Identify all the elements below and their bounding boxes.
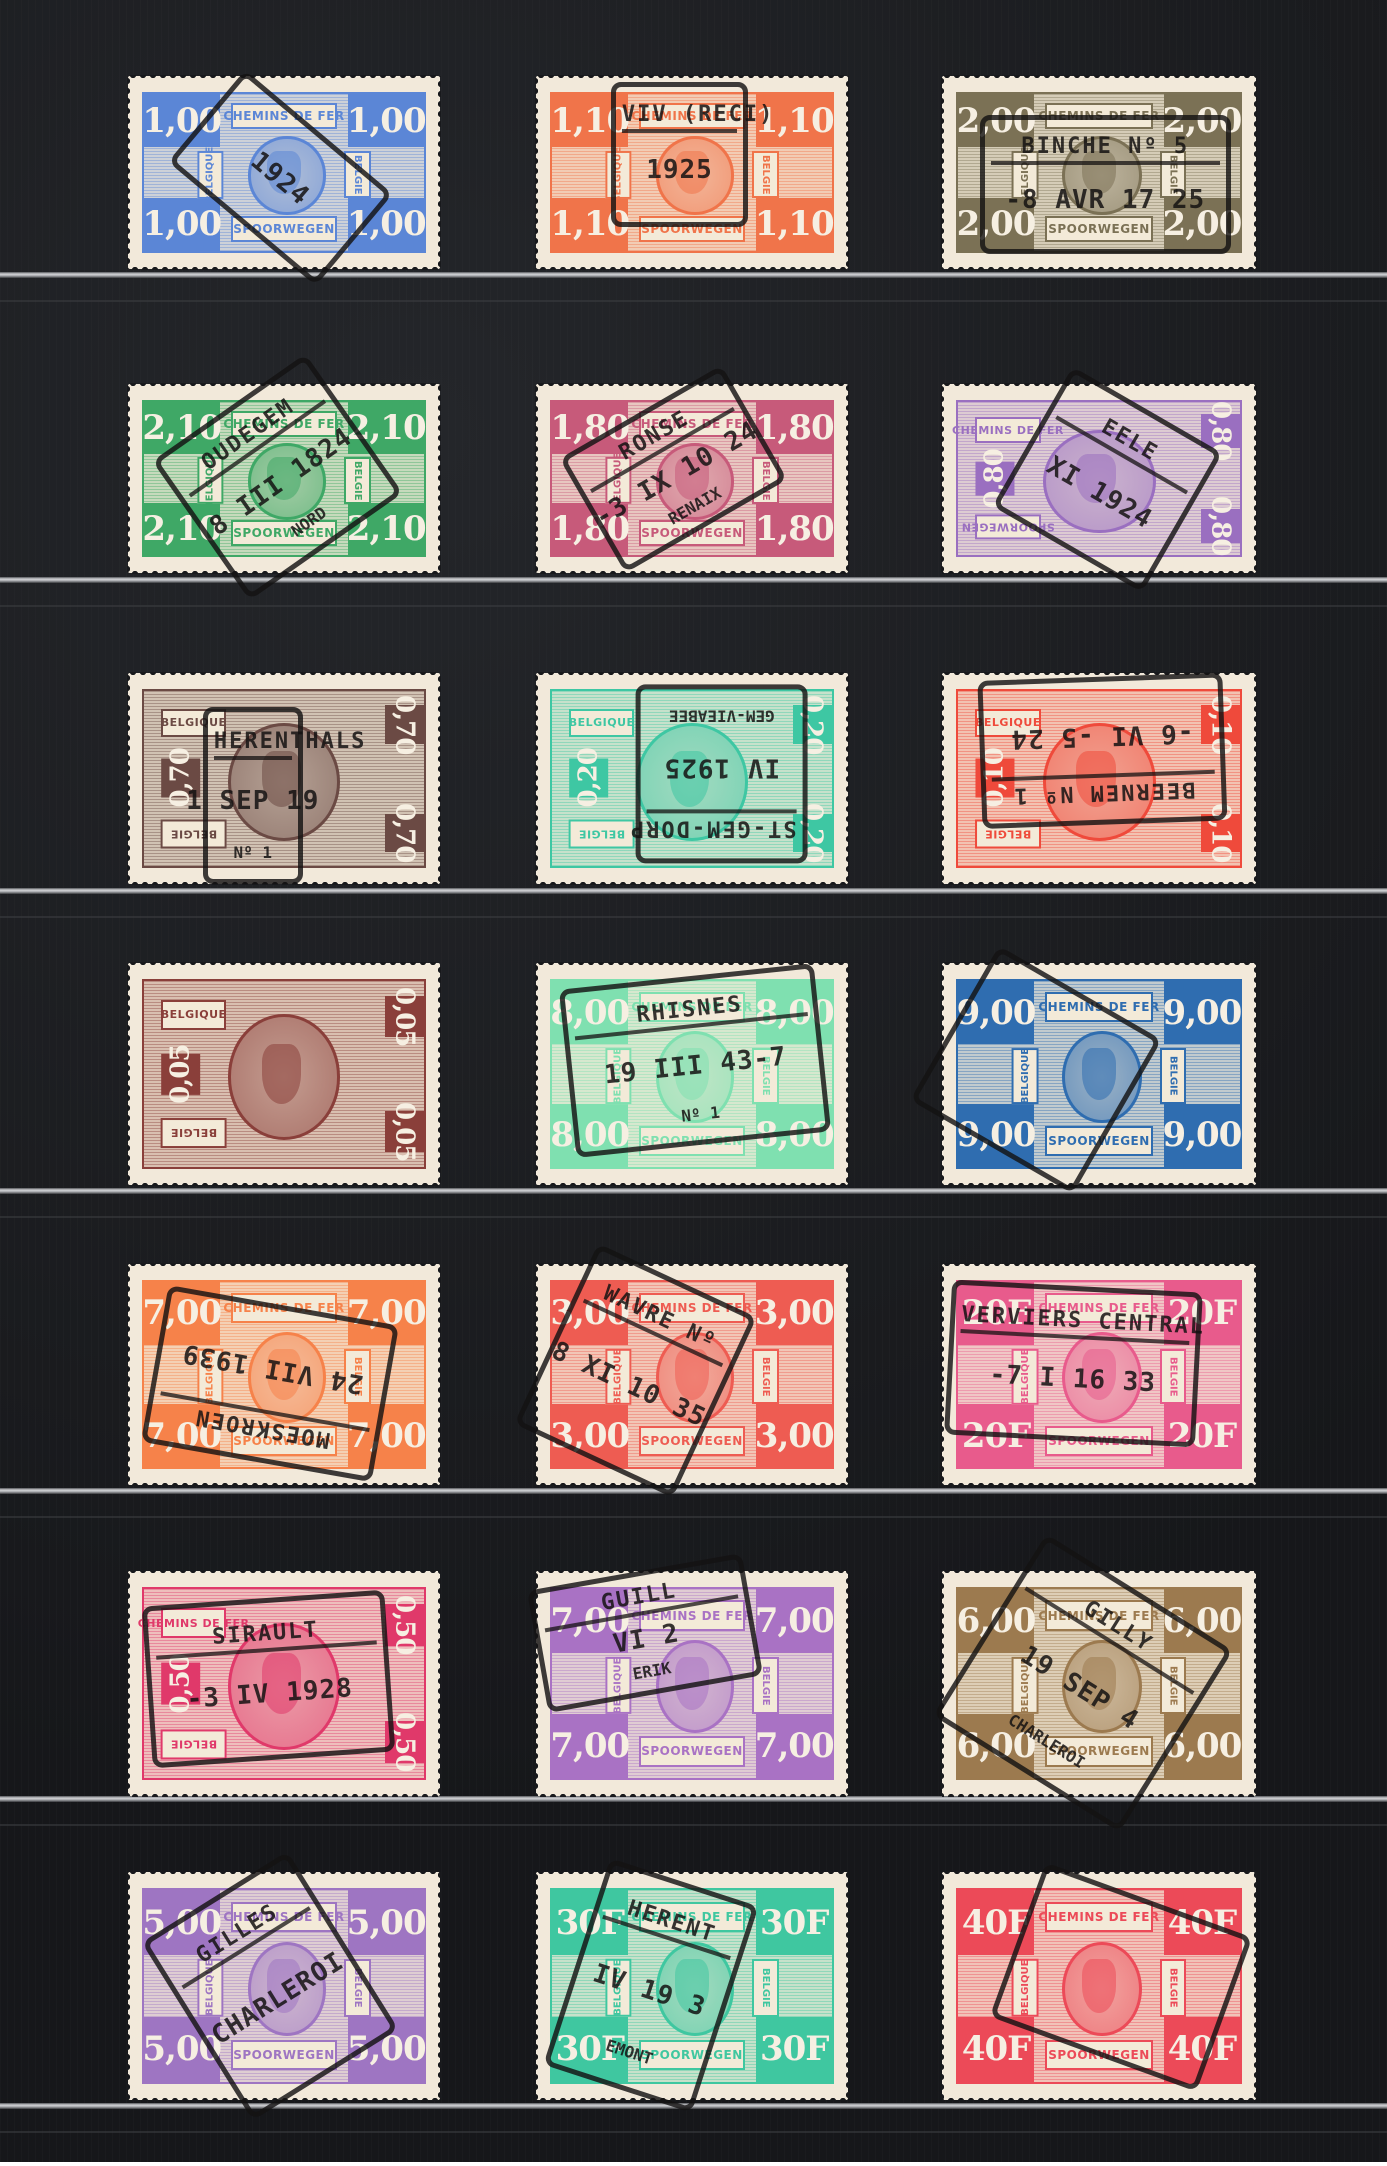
value-box: 1,00 (144, 198, 220, 251)
perforation-left (127, 673, 133, 884)
stamp-footer: SPOORWEGEN (639, 1736, 745, 1766)
value-box: 30F (756, 2017, 832, 2082)
stock-page: 1,001,001,001,00CHEMINS DE FERSPOORWEGEN… (0, 0, 1387, 2162)
stamp[interactable]: 8,008,008,008,00CHEMINS DE FERSPOORWEGEN… (536, 963, 848, 1185)
postmark-station: SIRAULT (154, 1613, 377, 1659)
perforation-left (941, 384, 947, 573)
postmark-sub: CHARLEROI (1005, 1710, 1089, 1772)
stamp[interactable]: 0,700,700,700,70BELGIQUEBELGIEHERENTHALS… (128, 673, 440, 884)
value-box: 9,00 (1164, 1104, 1240, 1167)
value-box: 1,00 (348, 94, 424, 147)
stamp[interactable]: 0,200,200,200,20BELGIQUEBELGIEST-GEM-DOR… (536, 673, 848, 884)
postmark-station: VIV (RECI) (622, 102, 737, 133)
stamp[interactable]: 6,006,006,006,00CHEMINS DE FERSPOORWEGEN… (942, 1571, 1256, 1796)
strip-edge (0, 1488, 1387, 1494)
strip-edge (0, 1188, 1387, 1194)
perforation-left (535, 76, 541, 269)
value-box: 3,00 (756, 1282, 832, 1345)
postmark-sub: Nº 1 (234, 843, 273, 862)
perforation-left (941, 1264, 947, 1485)
stamp[interactable]: 2,102,102,102,10CHEMINS DE FERSPOORWEGEN… (128, 384, 440, 573)
postmark-station: BINCHE Nº 5 (991, 134, 1220, 165)
perforation-left (535, 963, 541, 1185)
perforation-left (941, 1872, 947, 2100)
perforation-left (535, 1872, 541, 2100)
postmark-date: IV 1925 (663, 752, 780, 782)
perforation-right (843, 963, 849, 1185)
perforation-right (435, 1264, 441, 1485)
postmark-date: IV 19 3 (590, 1958, 710, 2023)
strip-crease (0, 1516, 1387, 1518)
postmark-station: HERENT (603, 1889, 740, 1960)
perforation-right (435, 1571, 441, 1796)
stamp[interactable]: 0,050,050,050,05BELGIQUEBELGIE (128, 963, 440, 1185)
stamp-footer: BELGIE (161, 1118, 227, 1148)
postmark-sub: ERIK (631, 1659, 672, 1684)
postmark-station: BEERNEM Nº 1 (992, 770, 1216, 809)
side-label-right: BELGIE (752, 1349, 778, 1405)
strip-crease (0, 1216, 1387, 1218)
postmark-station: RHISNES (572, 985, 808, 1040)
perforation-right (435, 384, 441, 573)
postmark: RHISNES19 III 43-7Nº 1 (559, 963, 831, 1158)
value-box: 1,10 (756, 198, 832, 251)
postmark: HERENTHALS1 SEP 19Nº 1 (203, 707, 303, 884)
side-label-right: BELGIE (752, 151, 778, 199)
strip-edge (0, 577, 1387, 583)
perforation-left (941, 673, 947, 884)
value-box: 7,00 (756, 1714, 832, 1778)
value-box: 7,00 (552, 1714, 628, 1778)
lion-crest-icon (262, 1044, 301, 1104)
perforation-right (843, 76, 849, 269)
postmark: VERVIERS CENTRAL-7 I 16 33 (944, 1280, 1203, 1448)
postmark: VIV (RECI)1925 (611, 82, 748, 227)
postmark-station: HERENTHALS (214, 729, 292, 760)
value-box: 5,00 (348, 1890, 424, 1955)
stamp[interactable]: 40F40F40F40FCHEMINS DE FERSPOORWEGENBELG… (942, 1872, 1256, 2100)
value-box: 30F (756, 1890, 832, 1955)
value-box: 0,20 (569, 759, 608, 798)
postmark-station: MOESKROEN (156, 1391, 370, 1458)
postmark-date: 1924 (245, 146, 315, 212)
perforation-right (435, 76, 441, 269)
perforation-left (535, 384, 541, 573)
perforation-right (1251, 76, 1257, 269)
stamp[interactable]: 1,101,101,101,10CHEMINS DE FERSPOORWEGEN… (536, 76, 848, 269)
stamp-frame: 0,050,050,050,05BELGIQUEBELGIE (142, 979, 426, 1169)
stamp[interactable]: 1,001,001,001,00CHEMINS DE FERSPOORWEGEN… (128, 76, 440, 269)
stamp[interactable]: 20F20F20F20FCHEMINS DE FERSPOORWEGENBELG… (942, 1264, 1256, 1485)
value-box: 0,05 (385, 1111, 424, 1152)
postmark: BEERNEM Nº 1-6 VI -5 24 (977, 673, 1227, 829)
perforation-right (843, 384, 849, 573)
strip-crease (0, 605, 1387, 607)
stamp[interactable]: 3,003,003,003,00CHEMINS DE FERSPOORWEGEN… (536, 1264, 848, 1485)
value-box: 1,80 (756, 503, 832, 555)
perforation-right (1251, 1571, 1257, 1796)
perforation-right (435, 1872, 441, 2100)
stamp-header: BELGIQUE (161, 1000, 227, 1030)
perforation-left (941, 76, 947, 269)
postmark-station: VERVIERS CENTRAL (961, 1302, 1191, 1345)
postmark: ST-GEM-DORPIV 1925GEM-VIEABEE (636, 684, 808, 863)
perforation-right (435, 963, 441, 1185)
perforation-right (1251, 963, 1257, 1185)
strip-crease (0, 916, 1387, 918)
stamp[interactable]: 2,002,002,002,00CHEMINS DE FERSPOORWEGEN… (942, 76, 1256, 269)
stamp[interactable]: 0,500,500,500,50CHEMINS DE FERBELGIESIRA… (128, 1571, 440, 1796)
postmark-date: 19 III 43-7 (603, 1042, 788, 1091)
postmark-date: 24 VII 1939 (180, 1337, 366, 1398)
value-box: 0,05 (161, 1054, 200, 1095)
side-label-right: BELGIE (752, 1959, 778, 2017)
stamp[interactable]: 30F30F30F30FCHEMINS DE FERSPOORWEGENBELG… (536, 1872, 848, 2100)
perforation-right (1251, 1872, 1257, 2100)
value-box: 3,00 (756, 1404, 832, 1467)
stamp[interactable]: 9,009,009,009,00CHEMINS DE FERSPOORWEGEN… (942, 963, 1256, 1185)
postmark-date: 19 SEP 4 (1016, 1639, 1145, 1735)
value-box: 0,70 (385, 814, 424, 853)
perforation-left (127, 1872, 133, 2100)
postmark: BINCHE Nº 5-8 AVR 17 25 (980, 115, 1231, 254)
postmark-date: -7 I 16 33 (989, 1360, 1157, 1399)
postmark-date: CHARLEROI (207, 1947, 350, 2052)
postmark-date: VI 2 (611, 1618, 682, 1659)
perforation-left (127, 384, 133, 573)
postmark-station: ST-GEM-DORP (647, 809, 797, 840)
perforation-right (1251, 384, 1257, 573)
postmark-sub: GEM-VIEABEE (669, 706, 775, 725)
postmark-date: -8 AVR 17 25 (1005, 185, 1205, 215)
postmark-date: 1925 (646, 155, 713, 185)
value-box: 7,00 (756, 1589, 832, 1653)
stamp-header: BELGIQUE (569, 709, 635, 738)
postmark-date: 1 SEP 19 (186, 786, 319, 816)
perforation-right (843, 673, 849, 884)
perforation-right (843, 1264, 849, 1485)
stamp-footer: BELGIE (569, 820, 635, 849)
perforation-right (1251, 1264, 1257, 1485)
perforation-right (843, 1872, 849, 2100)
value-box: 0,05 (385, 996, 424, 1037)
value-box: 0,50 (385, 1604, 424, 1646)
perforation-right (1251, 673, 1257, 884)
perforation-right (843, 1571, 849, 1796)
perforation-left (535, 673, 541, 884)
stamp[interactable]: 0,100,100,100,10BELGIQUEBELGIEBEERNEM Nº… (942, 673, 1256, 884)
strip-crease (0, 2131, 1387, 2133)
perforation-left (127, 1264, 133, 1485)
perforation-left (127, 76, 133, 269)
stamp[interactable]: 7,007,007,007,00CHEMINS DE FERSPOORWEGEN… (536, 1571, 848, 1796)
stamp[interactable]: 5,005,005,005,00CHEMINS DE FERSPOORWEGEN… (128, 1872, 440, 2100)
strip-edge (0, 272, 1387, 278)
perforation-left (127, 1571, 133, 1796)
side-label-right: BELGIE (1160, 1048, 1187, 1104)
postmark-sub: Nº 1 (681, 1103, 721, 1126)
value-box: 9,00 (1164, 981, 1240, 1044)
stamp[interactable]: 0,800,800,800,80CHEMINS DE FERSPOORWEGEN… (942, 384, 1256, 573)
perforation-right (435, 673, 441, 884)
postmark-sub: NORD (288, 502, 330, 540)
strip-crease (0, 300, 1387, 302)
value-box: 0,80 (1201, 509, 1240, 543)
postmark-date: -6 VI -5 24 (1010, 717, 1194, 753)
postmark: SIRAULT-3 IV 1928 (141, 1590, 395, 1769)
value-box: 0,70 (385, 705, 424, 744)
strip-crease (0, 1824, 1387, 1826)
strip-edge (0, 888, 1387, 894)
perforation-left (941, 1571, 947, 1796)
postmark-date: -3 IV 1928 (185, 1674, 353, 1716)
stamp[interactable]: 1,801,801,801,80CHEMINS DE FERSPOORWEGEN… (536, 384, 848, 573)
postmark-sub: EMONT (604, 2035, 656, 2068)
perforation-left (127, 963, 133, 1185)
stamp[interactable]: 7,007,007,007,00CHEMINS DE FERSPOORWEGEN… (128, 1264, 440, 1485)
